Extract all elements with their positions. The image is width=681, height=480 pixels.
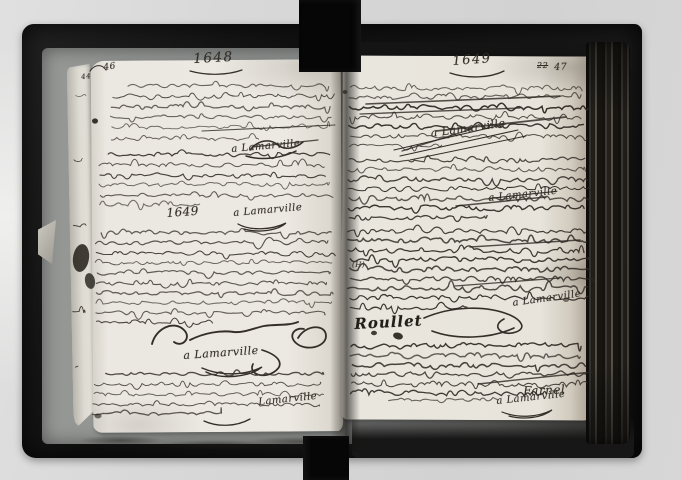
page-bottom-edges (66, 430, 338, 460)
book-cover (22, 24, 642, 458)
right-page (341, 55, 597, 420)
damaged-fore-edge (586, 42, 630, 444)
left-page (91, 59, 344, 433)
gutter-shadow (330, 52, 360, 452)
book-strap-top (299, 0, 361, 72)
book-strap-bottom (303, 436, 349, 480)
scanned-register-spread: 1648 46 1649 22 47 441649a Lamarvillea L… (0, 0, 681, 480)
